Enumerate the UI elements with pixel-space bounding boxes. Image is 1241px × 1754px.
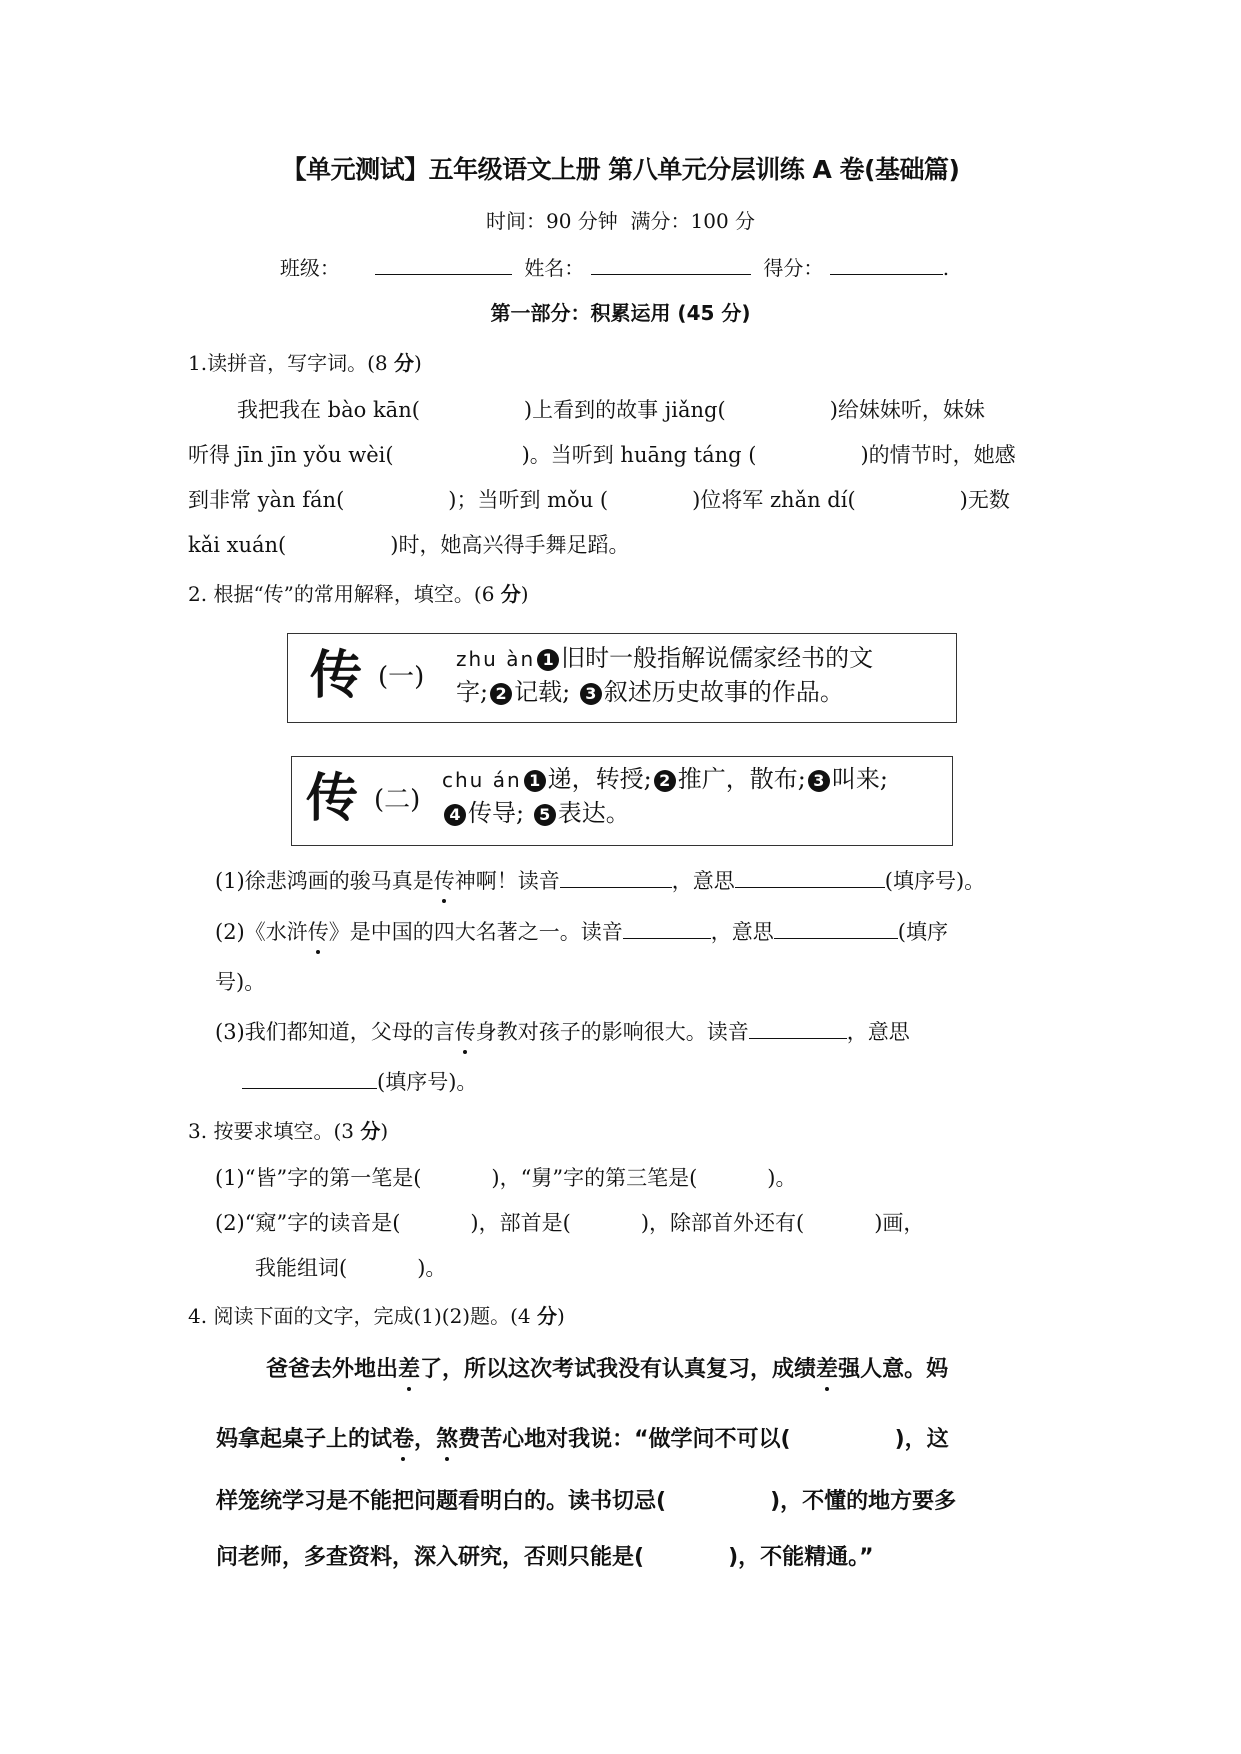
passage-line-3: 样笼统学习是不能把问题看明白的。读书切忌()，不懂的地方要多	[216, 1484, 956, 1515]
q4-title: 4. 阅读下面的文字，完成(1)(2)题。(4 分)	[188, 1300, 565, 1329]
def-pinyin: chu án	[442, 768, 522, 792]
q3-seg: (1)“皆”字的第一笔是(	[215, 1166, 421, 1190]
q2-item-2: (2)《水浒传》是中国的四大名著之一。读音，意思(填序	[215, 916, 948, 946]
q2-item-2-cont: 号)。	[215, 966, 265, 996]
passage-seg: 费苦心地对我说：“做学问不可以(	[458, 1427, 791, 1452]
section-title: 第一部分：积累运用 (45 分)	[0, 297, 1241, 326]
circle-number-icon: 1	[537, 649, 559, 671]
circle-number-icon: 5	[534, 804, 556, 826]
q2-seg: 身教对孩子的影响很大。读音	[476, 1020, 749, 1044]
def-text: zhu àn1旧时一般指解说儒家经书的文 字;2记载; 3叙述历史故事的作品。	[456, 642, 873, 709]
page-title: 【单元测试】五年级语文上册 第八单元分层训练 A 卷(基础篇)	[0, 150, 1241, 186]
def-pinyin: zhu àn	[456, 647, 535, 671]
circle-number-icon: 3	[580, 683, 602, 705]
name-label: 姓名：	[524, 256, 584, 280]
q1-seg: )；当听到 mǒu (	[448, 488, 608, 512]
def-char: 传	[310, 650, 362, 702]
q3-seg: (2)“窥”字的读音是(	[215, 1211, 400, 1235]
definition-box-chuan: 传 (二) chu án1递，转授;2推广，散布;3叫来; 4传导; 5表达。	[291, 756, 953, 846]
q3-title-end: )	[380, 1119, 388, 1143]
q2-seg: (填序	[898, 920, 948, 944]
def-number: (二)	[374, 787, 420, 813]
q3-seg: )，除部首外还有(	[641, 1211, 804, 1235]
emphasized-char: 传	[434, 865, 455, 895]
q2-title-end: )	[521, 582, 529, 606]
class-field[interactable]	[375, 256, 512, 275]
def-meaning: 推广，散布;	[678, 765, 806, 793]
q2-score-word: 分	[501, 582, 521, 606]
meaning-blank[interactable]	[735, 867, 885, 888]
q3-seg: 我能组词(	[255, 1256, 347, 1280]
q3-title: 3. 按要求填空。(3 分)	[188, 1115, 388, 1144]
name-field[interactable]	[591, 256, 751, 275]
q1-title: 1.读拼音，写字词。(8 分)	[188, 347, 422, 376]
score-field[interactable]	[830, 256, 943, 275]
q2-seg: 》是中国的四大名著之一。读音	[329, 920, 623, 944]
q3-seg: )。	[767, 1166, 796, 1190]
def-meaning: 字;	[456, 678, 488, 706]
q1-line-1: 我把我在 bào kān()上看到的故事 jiǎng()给妹妹听，妹妹	[237, 394, 985, 424]
q1-seg: )上看到的故事 jiǎng(	[524, 398, 726, 422]
circle-number-icon: 4	[444, 804, 466, 826]
q1-seg: 到非常 yàn fán(	[188, 488, 344, 512]
circle-number-icon: 1	[524, 770, 546, 792]
exam-meta: 时间：90 分钟 满分：100 分	[0, 205, 1241, 234]
def-meaning: 叙述历史故事的作品。	[604, 678, 844, 706]
definition-box-zhuan: 传 (一) zhu àn1旧时一般指解说儒家经书的文 字;2记载; 3叙述历史故…	[287, 633, 957, 723]
q3-item-2-cont: 我能组词()。	[255, 1252, 446, 1282]
q2-item-1: (1)徐悲鸿画的骏马真是传神啊！读音，意思(填序号)。	[215, 865, 985, 895]
student-info: 班级： 姓名： 得分： .	[0, 252, 1235, 281]
pronunciation-blank[interactable]	[749, 1018, 847, 1039]
circle-number-icon: 2	[490, 683, 512, 705]
q4-title-text: 4. 阅读下面的文字，完成(1)(2)题。(4	[188, 1304, 537, 1328]
q1-line-2: 听得 jīn jīn yǒu wèi()。当听到 huāng táng ()的情…	[188, 439, 1016, 469]
q2-seg: ，意思	[711, 920, 774, 944]
q1-seg: 听得 jīn jīn yǒu wèi(	[188, 443, 394, 467]
passage-seg: 妈拿起桌子上的试	[216, 1427, 392, 1452]
score-label: 得分：	[763, 256, 823, 280]
pronunciation-blank[interactable]	[623, 918, 711, 939]
q3-seg: )，部首是(	[470, 1211, 570, 1235]
def-meaning: 递，转授;	[548, 765, 652, 793]
passage-seg: ，	[414, 1427, 436, 1452]
circle-number-icon: 2	[654, 770, 676, 792]
q1-seg: )时，她高兴得手舞足蹈。	[390, 533, 629, 557]
q2-seg: (1)徐悲鸿画的骏马真是	[215, 869, 434, 893]
passage-seg: )，这	[895, 1427, 949, 1452]
passage-line-4: 问老师，多查资料，深入研究，否则只能是()，不能精通。”	[216, 1540, 874, 1571]
q4-title-end: )	[557, 1304, 565, 1328]
passage-seg: )，不懂的地方要多	[770, 1489, 956, 1514]
def-meaning: 传导;	[468, 799, 524, 827]
emphasized-char: 差	[398, 1352, 420, 1383]
q3-seg: )画，	[874, 1211, 924, 1235]
emphasized-char: 煞	[436, 1422, 458, 1453]
circle-number-icon: 3	[808, 770, 830, 792]
q1-seg: )给妹妹听，妹妹	[830, 398, 985, 422]
q1-seg: )位将军 zhǎn dí(	[692, 488, 856, 512]
q1-seg: )无数	[960, 488, 1010, 512]
passage-seg: 问老师，多查资料，深入研究，否则只能是(	[216, 1545, 644, 1570]
emphasized-char: 差	[816, 1352, 838, 1383]
meaning-blank[interactable]	[774, 918, 898, 939]
q4-score-word: 分	[537, 1304, 557, 1328]
passage-line-2: 妈拿起桌子上的试卷，煞费苦心地对我说：“做学问不可以()，这	[216, 1422, 949, 1453]
q2-seg: (填序号)。	[885, 869, 985, 893]
q2-seg: ，意思	[847, 1020, 910, 1044]
score-end-dot: .	[943, 256, 949, 280]
q2-item-3: (3)我们都知道，父母的言传身教对孩子的影响很大。读音，意思	[215, 1016, 910, 1046]
q1-title-text: 1.读拼音，写字词。(8	[188, 351, 394, 375]
q2-seg: (3)我们都知道，父母的言	[215, 1020, 455, 1044]
q3-item-1: (1)“皆”字的第一笔是()，“舅”字的第三笔是()。	[215, 1162, 796, 1192]
emphasized-char: 传	[308, 916, 329, 946]
q1-seg: )的情节时，她感	[860, 443, 1015, 467]
emphasized-char: 传	[455, 1016, 476, 1046]
def-meaning: 表达。	[558, 799, 630, 827]
passage-line-1: 爸爸去外地出差了，所以这次考试我没有认真复习，成绩差强人意。妈	[266, 1352, 948, 1383]
q2-title-text: 2. 根据“传”的常用解释，填空。(6	[188, 582, 501, 606]
def-meaning: 叫来;	[832, 765, 888, 793]
q1-line-3: 到非常 yàn fán()；当听到 mǒu ()位将军 zhǎn dí()无数	[188, 484, 1010, 514]
def-meaning: 记载;	[514, 678, 570, 706]
passage-seg: 样笼统学习是不能把问题看明白的。读书切忌(	[216, 1489, 666, 1514]
q2-item-3-cont: (填序号)。	[242, 1066, 477, 1096]
meaning-blank[interactable]	[242, 1068, 377, 1089]
full-score: 满分：100 分	[631, 209, 756, 233]
time-limit: 时间：90 分钟	[486, 209, 618, 233]
q2-title: 2. 根据“传”的常用解释，填空。(6 分)	[188, 578, 529, 607]
q3-seg: )，“舅”字的第三笔是(	[491, 1166, 697, 1190]
q1-line-4: kǎi xuán()时，她高兴得手舞足蹈。	[188, 529, 629, 559]
q1-seg: )。当听到 huāng táng (	[522, 443, 757, 467]
q2-seg: 神啊！读音	[455, 869, 560, 893]
def-text: chu án1递，转授;2推广，散布;3叫来; 4传导; 5表达。	[442, 763, 888, 830]
emphasized-char: 卷	[392, 1422, 414, 1453]
passage-seg: 爸爸去外地出	[266, 1357, 398, 1382]
q2-seg: (填序号)。	[377, 1070, 477, 1094]
def-number: (一)	[378, 664, 424, 690]
def-meaning: 旧时一般指解说儒家经书的文	[561, 644, 873, 672]
q3-item-2: (2)“窥”字的读音是()，部首是()，除部首外还有()画，	[215, 1207, 924, 1237]
q3-score-word: 分	[360, 1119, 380, 1143]
class-label: 班级：	[280, 256, 340, 280]
q2-seg: (2)《水浒	[215, 920, 308, 944]
q1-seg: 我把我在 bào kān(	[237, 398, 420, 422]
pronunciation-blank[interactable]	[560, 867, 672, 888]
passage-seg: )，不能精通。”	[728, 1545, 874, 1570]
q2-seg: ，意思	[672, 869, 735, 893]
q3-seg: )。	[417, 1256, 446, 1280]
q1-seg: kǎi xuán(	[188, 533, 286, 557]
passage-seg: 强人意。妈	[838, 1357, 948, 1382]
q1-score-word: 分	[394, 351, 414, 375]
def-char: 传	[306, 773, 358, 825]
q1-title-end: )	[414, 351, 422, 375]
passage-seg: 了，所以这次考试我没有认真复习，成绩	[420, 1357, 816, 1382]
q3-title-text: 3. 按要求填空。(3	[188, 1119, 360, 1143]
